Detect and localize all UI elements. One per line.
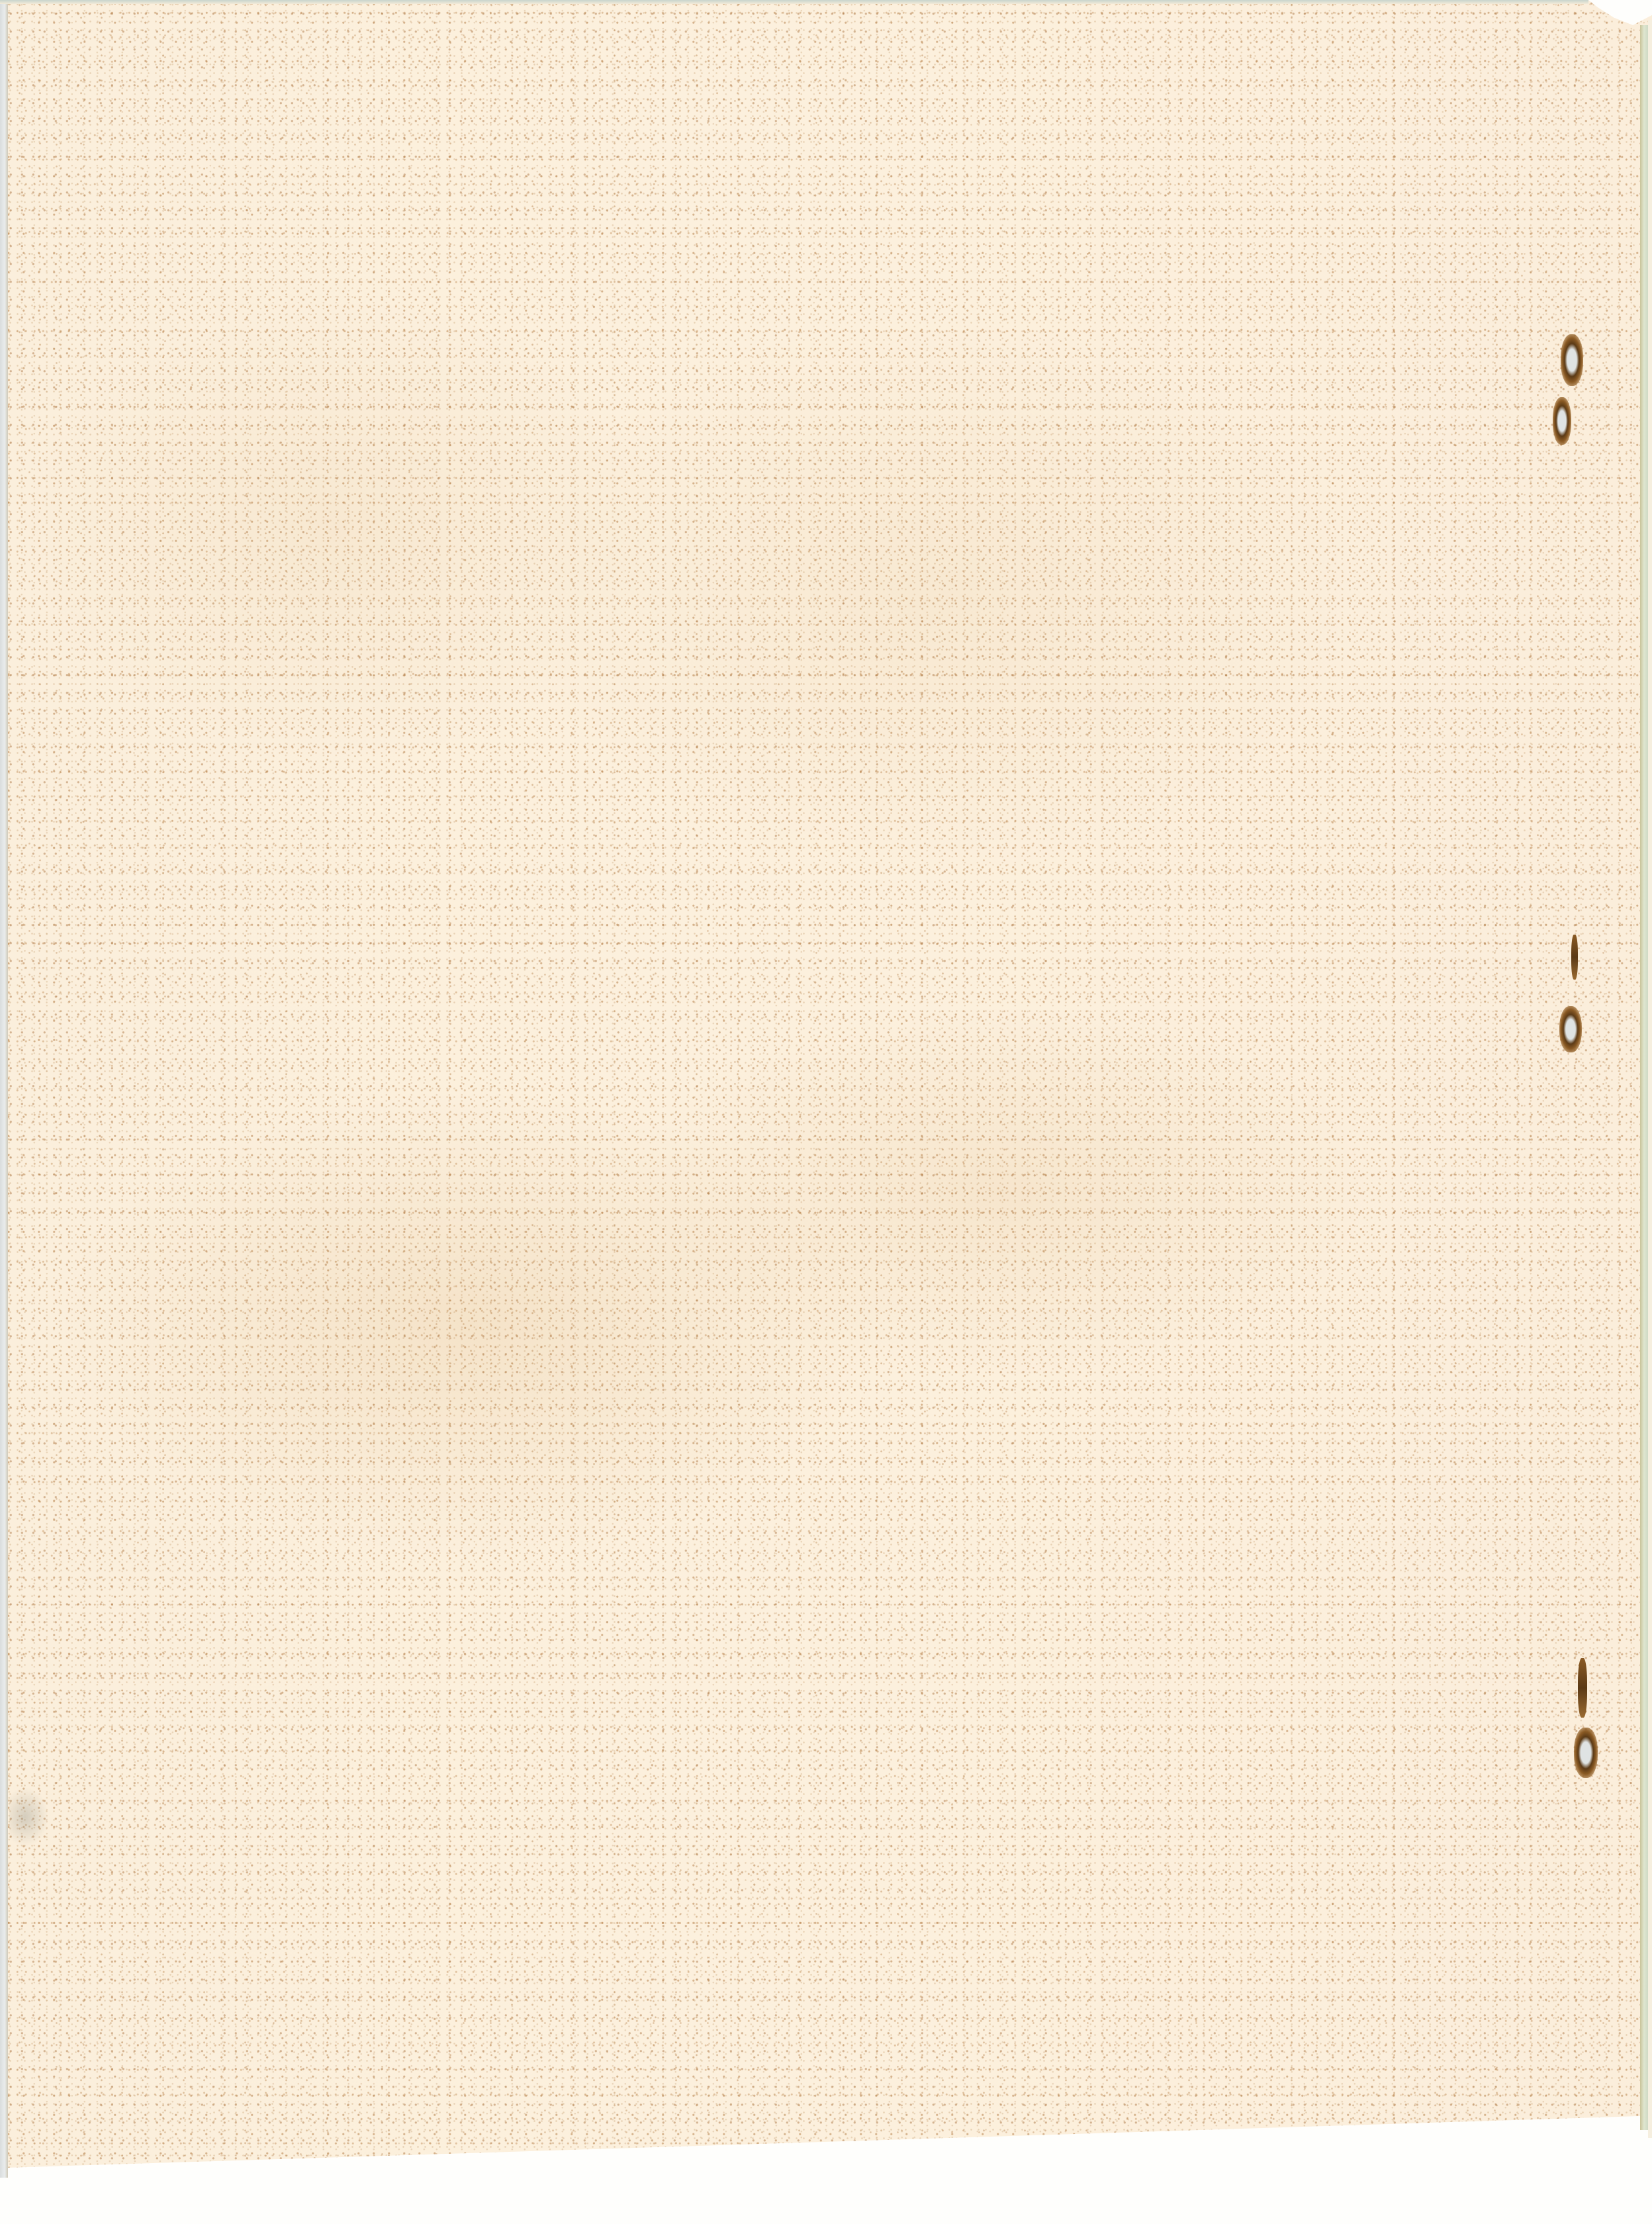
top-page-edge — [0, 0, 1588, 4]
staple-hole-icon — [1571, 935, 1578, 980]
foxing-texture-fine — [7, 0, 1652, 2168]
staple-hole-icon — [1574, 1728, 1598, 1778]
right-cover-edge-strip — [1640, 25, 1648, 2130]
scanned-page — [0, 0, 1652, 2224]
left-binding-edge — [0, 0, 8, 2178]
staple-hole-icon — [1578, 1658, 1587, 1718]
staple-hole-icon — [1559, 1006, 1582, 1052]
paper-sheet — [7, 0, 1652, 2168]
staple-hole-icon — [1561, 334, 1583, 386]
grey-smudge — [9, 1787, 49, 1847]
right-margin — [1648, 20, 1652, 2138]
staple-hole-icon — [1553, 397, 1571, 445]
